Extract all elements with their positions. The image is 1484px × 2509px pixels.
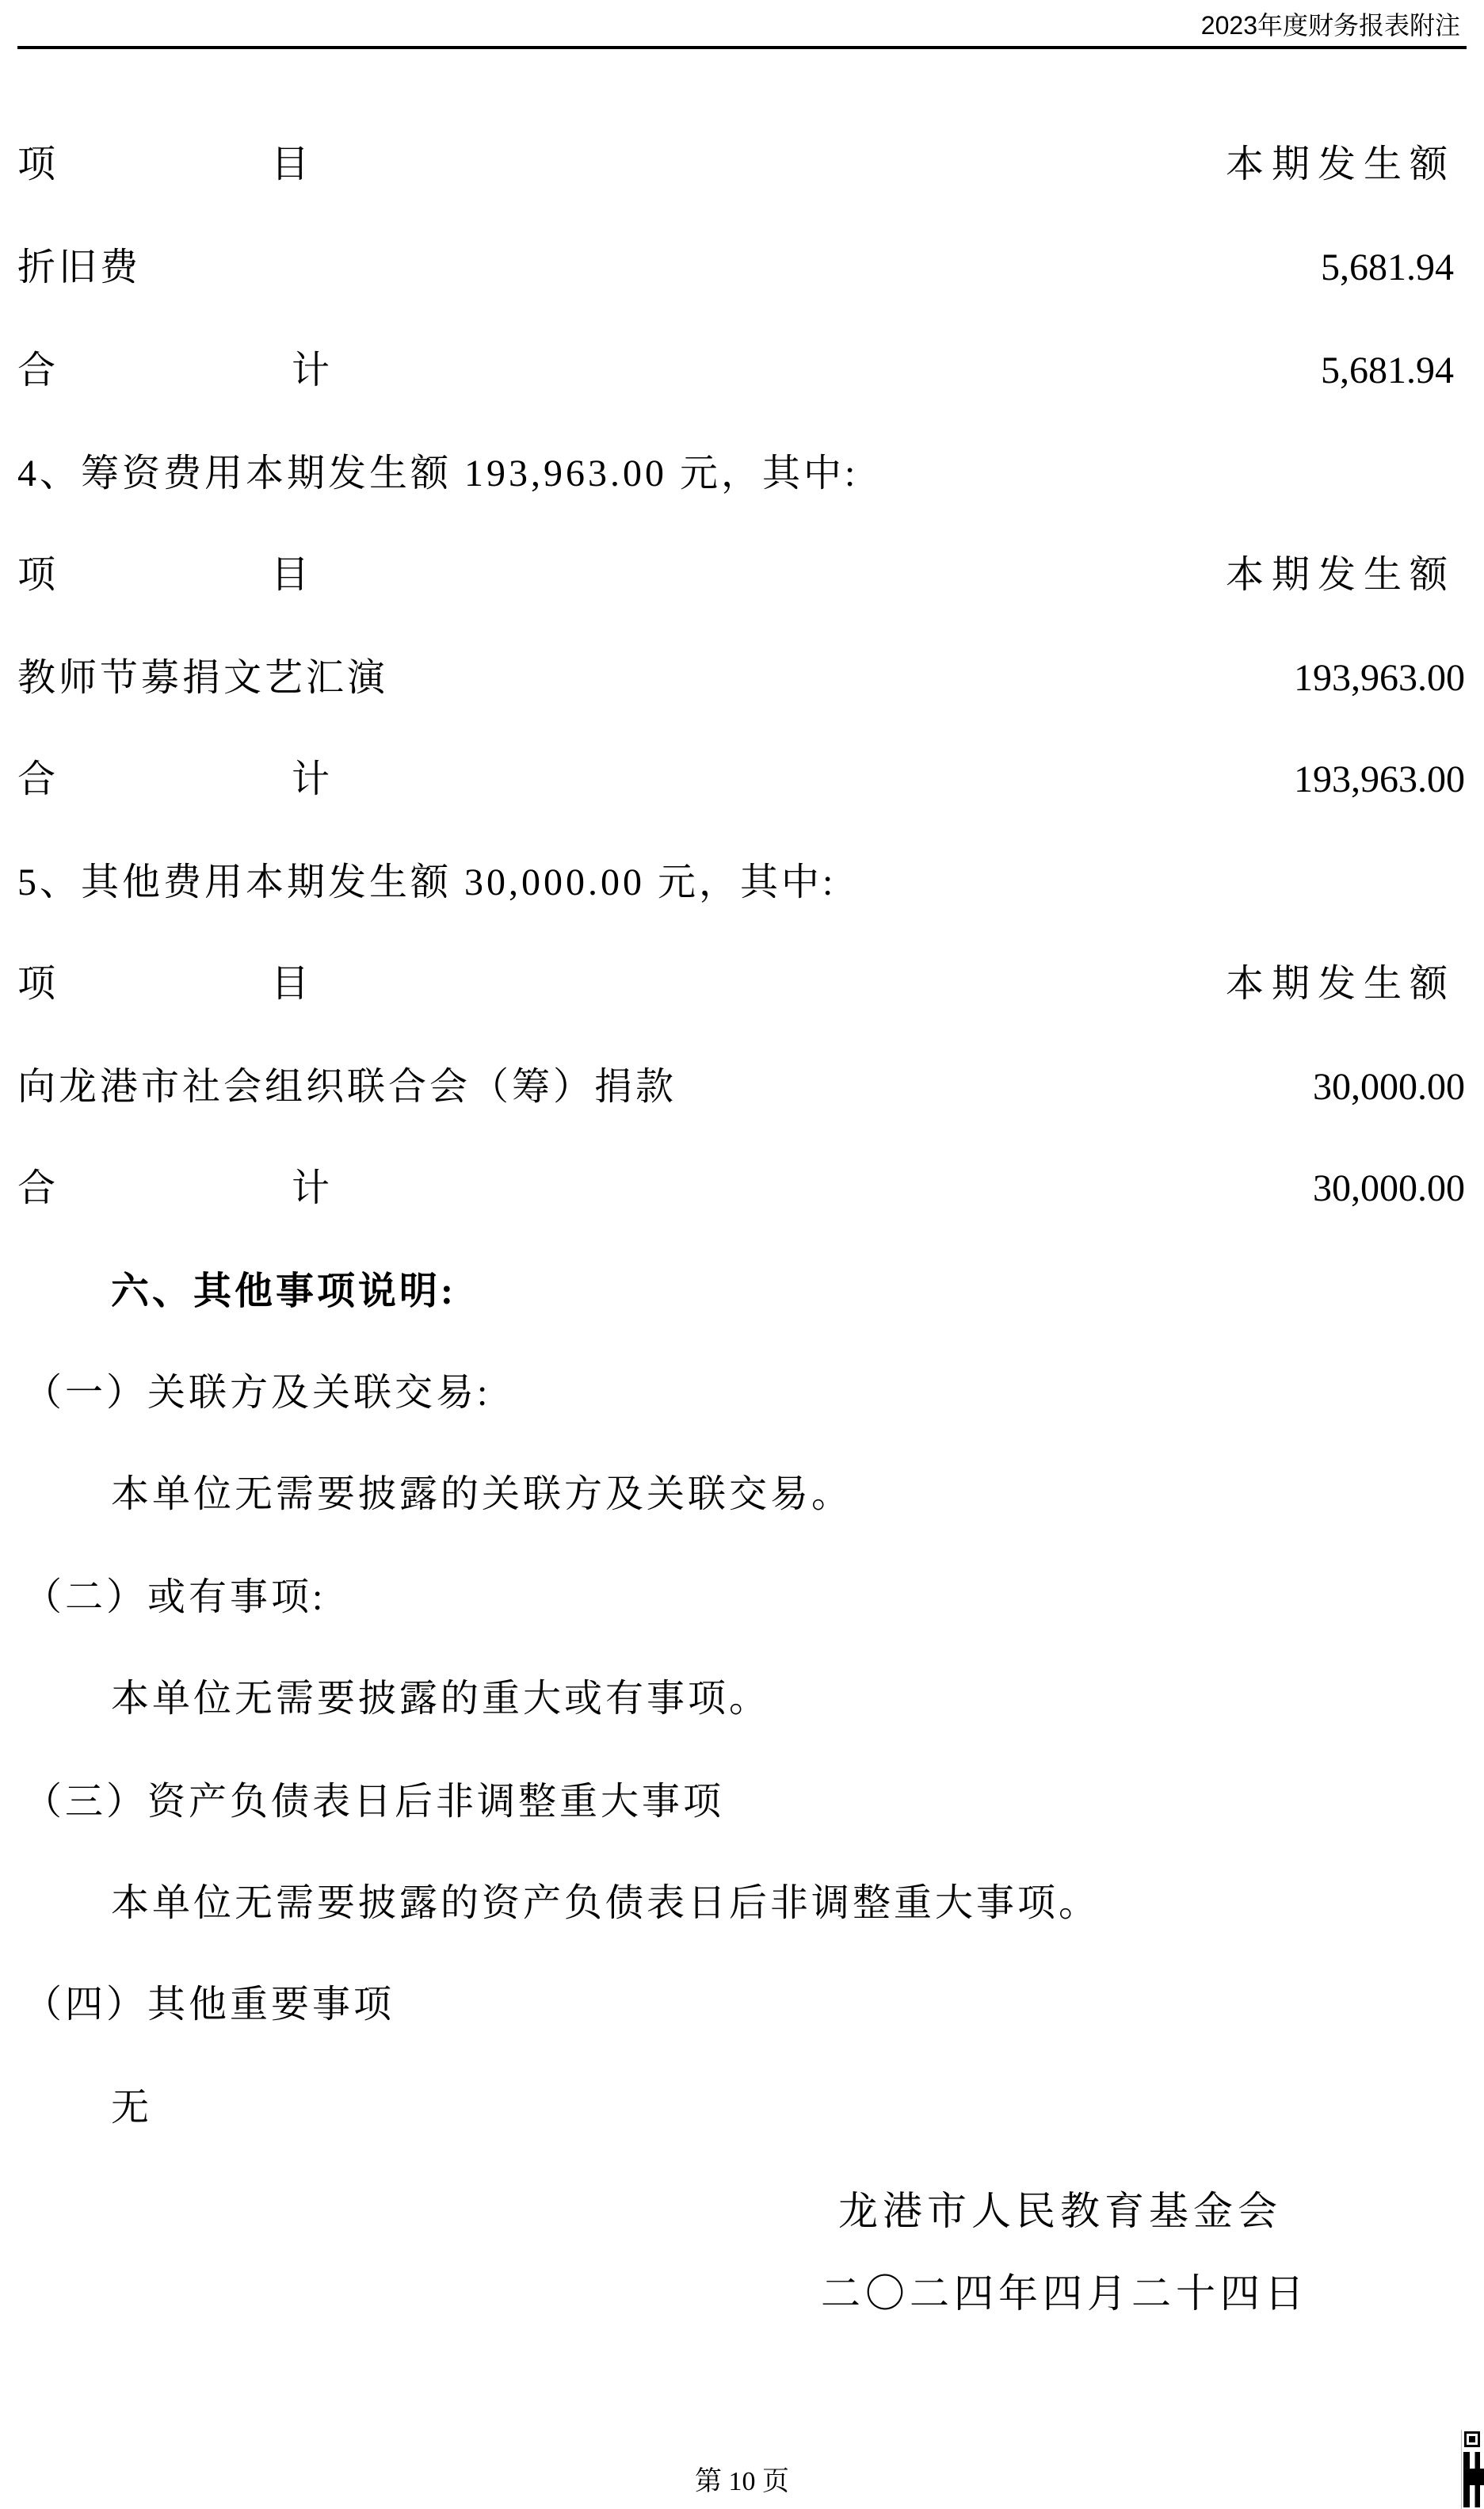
total-label-right: 计: [292, 347, 333, 395]
subsection-body: 无: [111, 2084, 1463, 2132]
section-heading: 六、其他事项说明:: [111, 1268, 1463, 1316]
row-amount: 30,000.00: [1313, 1064, 1465, 1111]
post-balance-body: 本单位无需要披露的资产负债表日后非调整重大事项。: [111, 1880, 1100, 1927]
column-header-item-left: 项: [17, 141, 59, 189]
column-header-item-right: 目: [271, 141, 312, 189]
signature-organization: 龙港市人民教育基金会: [838, 2187, 1282, 2235]
contingency-title: （二）或有事项:: [24, 1574, 326, 1621]
total-amount: 30,000.00: [1313, 1165, 1465, 1212]
table-row: 折旧费 5,681.94: [17, 244, 1463, 292]
table-total-row: 合 计 5,681.94: [17, 347, 1463, 395]
total-label-left: 合: [17, 1165, 59, 1212]
column-header-amount: 本期发生额: [1226, 552, 1455, 599]
qr-code-icon: [1461, 2430, 1484, 2509]
table-total-row: 合 计 193,963.00: [17, 756, 1463, 804]
related-party-body: 本单位无需要披露的关联方及关联交易。: [111, 1471, 853, 1518]
subsection-body: 本单位无需要披露的重大或有事项。: [111, 1675, 1463, 1723]
qr-finder-pattern: [1464, 2431, 1480, 2447]
subsection-body: 本单位无需要披露的资产负债表日后非调整重大事项。: [111, 1880, 1463, 1927]
column-header-item-left: 项: [17, 960, 59, 1008]
table-row: 教师节募捐文艺汇演 193,963.00: [17, 655, 1463, 702]
row-item: 向龙港市社会组织联合会（筹）捐款: [17, 1064, 677, 1111]
fundraising-heading: 4、筹资费用本期发生额 193,963.00 元，其中:: [17, 450, 858, 498]
subsection-title: （三）资产负债表日后非调整重大事项: [24, 1778, 1463, 1826]
signature-date: 二〇二四年四月二十四日: [821, 2270, 1309, 2317]
row-item: 折旧费: [17, 244, 141, 292]
related-party-title: （一）关联方及关联交易:: [24, 1369, 490, 1417]
total-amount: 5,681.94: [1321, 347, 1454, 395]
row-amount: 5,681.94: [1321, 244, 1454, 292]
subsection-title: （二）或有事项:: [24, 1574, 1463, 1621]
other-matters-heading: 六、其他事项说明:: [111, 1268, 456, 1316]
column-header-item-right: 目: [271, 552, 312, 599]
subsection-title: （四）其他重要事项: [24, 1981, 1463, 2029]
subsection-body: 本单位无需要披露的关联方及关联交易。: [111, 1471, 1463, 1518]
section-heading: 5、其他费用本期发生额 30,000.00 元，其中:: [17, 859, 1463, 907]
document-title: 2023年度财务报表附注: [1201, 11, 1460, 40]
total-label-left: 合: [17, 756, 59, 804]
row-item: 教师节募捐文艺汇演: [17, 655, 388, 702]
other-important-title: （四）其他重要事项: [24, 1981, 395, 2029]
page-header: 2023年度财务报表附注: [17, 0, 1467, 49]
total-amount: 193,963.00: [1294, 756, 1465, 804]
contingency-body: 本单位无需要披露的重大或有事项。: [111, 1675, 770, 1723]
column-header-item-right: 目: [271, 960, 312, 1008]
column-header-amount: 本期发生额: [1226, 141, 1455, 189]
table-total-row: 合 计 30,000.00: [17, 1165, 1463, 1212]
column-header-item-left: 项: [17, 552, 59, 599]
total-label-right: 计: [292, 756, 333, 804]
page-number: 第 10 页: [0, 2466, 1484, 2498]
section-heading: 4、筹资费用本期发生额 193,963.00 元，其中:: [17, 450, 1463, 498]
other-important-body: 无: [111, 2084, 152, 2132]
subsection-title: （一）关联方及关联交易:: [24, 1369, 1463, 1417]
table-header-row: 项 目 本期发生额: [17, 960, 1463, 1008]
table-header-row: 项 目 本期发生额: [17, 141, 1463, 189]
qr-modules: [1463, 2452, 1484, 2507]
table-header-row: 项 目 本期发生额: [17, 552, 1463, 599]
row-amount: 193,963.00: [1294, 655, 1465, 702]
other-expenses-heading: 5、其他费用本期发生额 30,000.00 元，其中:: [17, 859, 836, 907]
post-balance-title: （三）资产负债表日后非调整重大事项: [24, 1778, 724, 1826]
total-label-left: 合: [17, 347, 59, 395]
total-label-right: 计: [292, 1165, 333, 1212]
column-header-amount: 本期发生额: [1226, 960, 1455, 1008]
table-row: 向龙港市社会组织联合会（筹）捐款 30,000.00: [17, 1064, 1463, 1111]
